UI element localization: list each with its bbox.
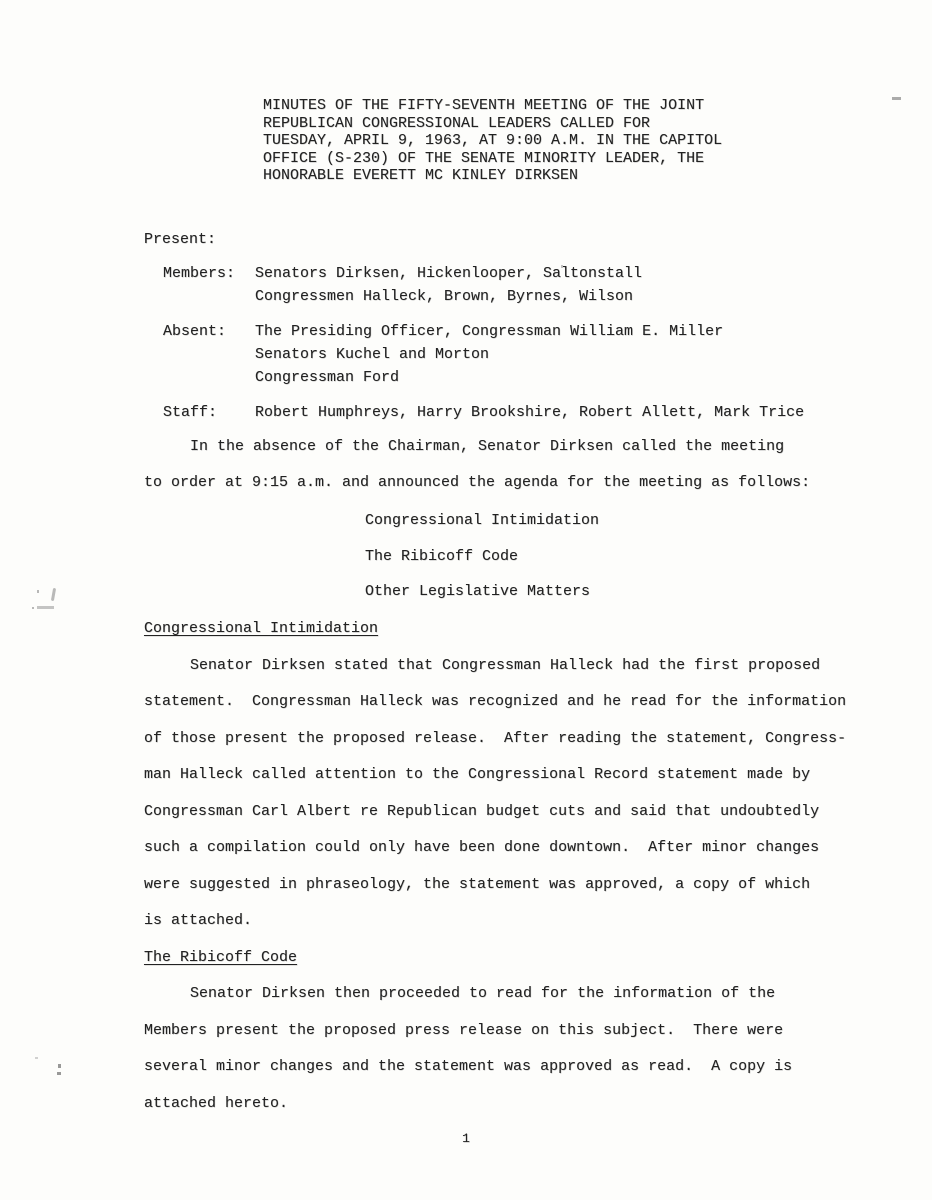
body-line: Senator Dirksen stated that Congressman …	[144, 648, 846, 685]
attendance-names: Robert Humphreys, Harry Brookshire, Robe…	[255, 401, 804, 424]
document-body: Congressional Intimidation Senator Dirks…	[144, 611, 846, 1122]
body-line: attached hereto.	[144, 1086, 846, 1123]
title-line: TUESDAY, APRIL 9, 1963, AT 9:00 A.M. IN …	[263, 132, 722, 150]
scan-artifact-smudge	[32, 607, 34, 609]
scan-artifact-dash	[892, 97, 901, 100]
scan-artifact-smudge	[37, 590, 39, 593]
body-line: such a compilation could only have been …	[144, 830, 846, 867]
attendance-list: Members: Senators Dirksen, Hickenlooper,…	[163, 262, 804, 436]
attendance-row: Staff: Robert Humphreys, Harry Brookshir…	[163, 401, 804, 424]
title-line: MINUTES OF THE FIFTY-SEVENTH MEETING OF …	[263, 97, 722, 115]
attendance-line: Congressmen Halleck, Brown, Byrnes, Wils…	[255, 285, 642, 308]
attendance-line: Senators Kuchel and Morton	[255, 343, 723, 366]
body-line: Congressman Carl Albert re Republican bu…	[144, 794, 846, 831]
body-line: Senator Dirksen then proceeded to read f…	[144, 976, 846, 1013]
title-line: REPUBLICAN CONGRESSIONAL LEADERS CALLED …	[263, 115, 722, 133]
opening-paragraph: In the absence of the Chairman, Senator …	[144, 429, 810, 501]
agenda-item: The Ribicoff Code	[365, 539, 599, 575]
section-heading-ribicoff-code: The Ribicoff Code	[144, 940, 846, 977]
present-label: Present:	[144, 228, 216, 251]
opening-line: In the absence of the Chairman, Senator …	[144, 429, 810, 465]
section-paragraph: Senator Dirksen then proceeded to read f…	[144, 976, 846, 1122]
attendance-label: Members:	[163, 262, 255, 308]
attendance-row: Absent: The Presiding Officer, Congressm…	[163, 320, 804, 389]
scan-artifact-speck	[35, 1057, 38, 1059]
attendance-label: Staff:	[163, 401, 255, 424]
attendance-line: Senators Dirksen, Hickenlooper, Saltonst…	[255, 262, 642, 285]
body-line: of those present the proposed release. A…	[144, 721, 846, 758]
scan-artifact-speck	[57, 1072, 61, 1075]
attendance-names: The Presiding Officer, Congressman Willi…	[255, 320, 723, 389]
scan-artifact-smudge	[37, 606, 54, 609]
title-line: HONORABLE EVERETT MC KINLEY DIRKSEN	[263, 167, 722, 185]
section-heading-congressional-intimidation: Congressional Intimidation	[144, 611, 846, 648]
opening-line: to order at 9:15 a.m. and announced the …	[144, 465, 810, 501]
body-line: is attached.	[144, 903, 846, 940]
attendance-row: Members: Senators Dirksen, Hickenlooper,…	[163, 262, 804, 308]
attendance-label: Absent:	[163, 320, 255, 389]
attendance-names: Senators Dirksen, Hickenlooper, Saltonst…	[255, 262, 642, 308]
title-line: OFFICE (S-230) OF THE SENATE MINORITY LE…	[263, 150, 722, 168]
section-paragraph: Senator Dirksen stated that Congressman …	[144, 648, 846, 940]
agenda-item: Other Legislative Matters	[365, 574, 599, 610]
agenda-list: Congressional IntimidationThe Ribicoff C…	[365, 503, 599, 610]
attendance-line: The Presiding Officer, Congressman Willi…	[255, 320, 723, 343]
attendance-line: Robert Humphreys, Harry Brookshire, Robe…	[255, 401, 804, 424]
document-page: MINUTES OF THE FIFTY-SEVENTH MEETING OF …	[0, 0, 932, 1200]
title-block: MINUTES OF THE FIFTY-SEVENTH MEETING OF …	[263, 97, 722, 185]
body-line: statement. Congressman Halleck was recog…	[144, 684, 846, 721]
body-line: Members present the proposed press relea…	[144, 1013, 846, 1050]
attendance-line: Congressman Ford	[255, 366, 723, 389]
body-line: man Halleck called attention to the Cong…	[144, 757, 846, 794]
scan-artifact-speck	[58, 1064, 61, 1068]
body-line: several minor changes and the statement …	[144, 1049, 846, 1086]
page-number: 1	[0, 1131, 932, 1146]
scan-artifact-smudge	[51, 588, 56, 601]
body-line: were suggested in phraseology, the state…	[144, 867, 846, 904]
agenda-item: Congressional Intimidation	[365, 503, 599, 539]
